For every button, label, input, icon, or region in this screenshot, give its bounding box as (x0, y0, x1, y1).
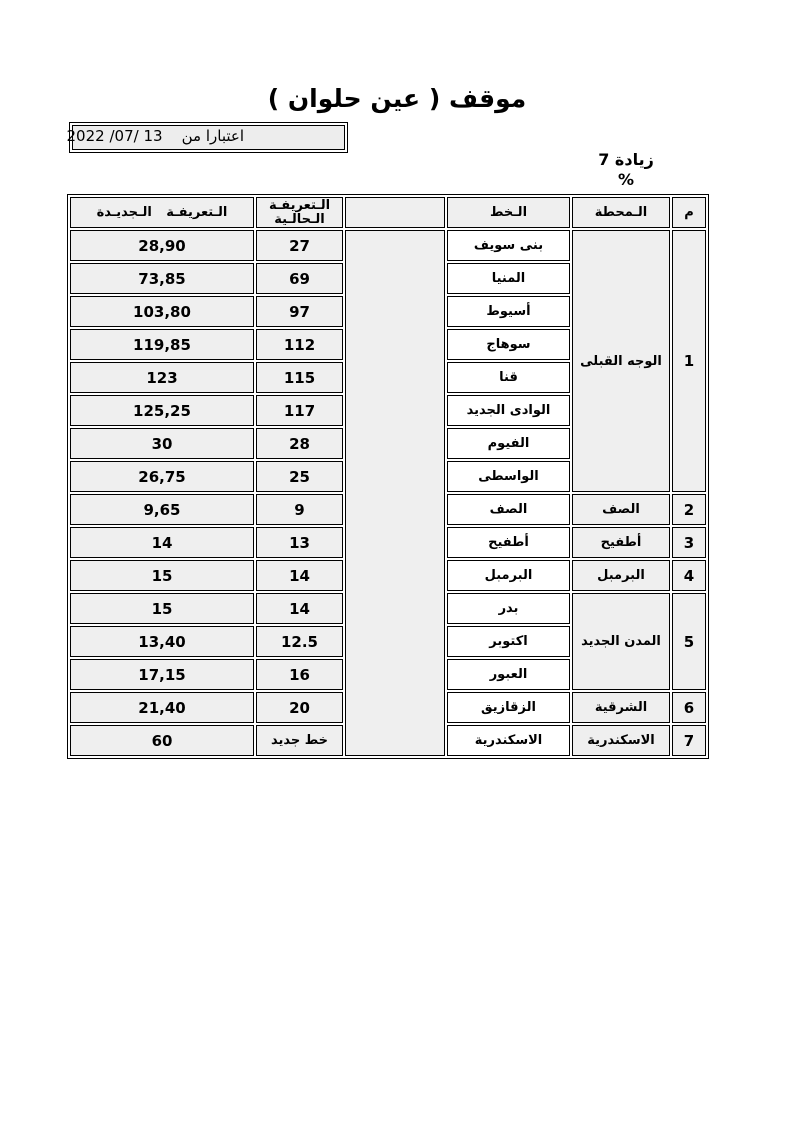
station-cell: الصف (572, 494, 670, 525)
current-tariff-cell: 14 (256, 560, 343, 591)
station-cell: أطفيح (572, 527, 670, 558)
line-cell: الاسكندرية (447, 725, 570, 756)
header-new-tariff: الـتعريفـة الـجديـدة (70, 197, 254, 228)
row-number-cell: 6 (672, 692, 706, 723)
line-cell: الوادى الجديد (447, 395, 570, 426)
document-page: موقف ( عين حلوان ) اعتبارا من 13 /07/ 20… (0, 0, 794, 1123)
new-tariff-cell: 123 (70, 362, 254, 393)
current-tariff-cell: 20 (256, 692, 343, 723)
line-cell: الفيوم (447, 428, 570, 459)
line-cell: اكتوبر (447, 626, 570, 657)
row-number-cell: 1 (672, 230, 706, 492)
line-cell: أطفيح (447, 527, 570, 558)
current-tariff-cell: 12.5 (256, 626, 343, 657)
line-cell: الزقازيق (447, 692, 570, 723)
increase-note-text: زيادة 7 (588, 150, 664, 170)
fare-table: م الـمحطة الـخط الـتعريفـة الـحالـية الـ… (67, 194, 709, 759)
new-tariff-cell: 15 (70, 593, 254, 624)
new-tariff-cell: 21,40 (70, 692, 254, 723)
new-tariff-cell: 30 (70, 428, 254, 459)
line-cell: العبور (447, 659, 570, 690)
new-tariff-cell: 73,85 (70, 263, 254, 294)
table-row: 1 الوجه القبلى بنى سويف 27 28,90 (70, 230, 706, 261)
current-tariff-cell: 28 (256, 428, 343, 459)
page-title: موقف ( عين حلوان ) (0, 84, 794, 113)
new-tariff-cell: 60 (70, 725, 254, 756)
row-number-cell: 2 (672, 494, 706, 525)
line-cell: الصف (447, 494, 570, 525)
line-cell: بنى سويف (447, 230, 570, 261)
station-cell: الوجه القبلى (572, 230, 670, 492)
row-number-cell: 5 (672, 593, 706, 690)
row-number-cell: 4 (672, 560, 706, 591)
current-tariff-cell: 9 (256, 494, 343, 525)
line-cell: سوهاج (447, 329, 570, 360)
new-tariff-cell: 26,75 (70, 461, 254, 492)
header-blank (345, 197, 445, 228)
current-tariff-cell: 69 (256, 263, 343, 294)
station-cell: الشرقية (572, 692, 670, 723)
new-tariff-cell: 119,85 (70, 329, 254, 360)
line-cell: أسيوط (447, 296, 570, 327)
current-tariff-cell: 16 (256, 659, 343, 690)
line-cell: بدر (447, 593, 570, 624)
station-cell: المدن الجديد (572, 593, 670, 690)
new-tariff-cell: 125,25 (70, 395, 254, 426)
current-tariff-cell: 14 (256, 593, 343, 624)
station-cell: البرمبل (572, 560, 670, 591)
increase-note-percent: % (588, 170, 664, 190)
current-tariff-cell: 117 (256, 395, 343, 426)
station-cell: الاسكندرية (572, 725, 670, 756)
current-tariff-cell: 97 (256, 296, 343, 327)
effective-date-box: اعتبارا من 13 /07/ 2022 (69, 122, 348, 153)
header-station: الـمحطة (572, 197, 670, 228)
effective-date-text: اعتبارا من 13 /07/ 2022 (72, 125, 345, 150)
current-tariff-cell: 25 (256, 461, 343, 492)
header-row: م الـمحطة الـخط الـتعريفـة الـحالـية الـ… (70, 197, 706, 228)
header-line: الـخط (447, 197, 570, 228)
current-tariff-cell: خط جديد (256, 725, 343, 756)
header-current-tariff: الـتعريفـة الـحالـية (256, 197, 343, 228)
line-cell: الواسطى (447, 461, 570, 492)
spacer-cell (345, 230, 445, 756)
row-number-cell: 7 (672, 725, 706, 756)
current-tariff-cell: 27 (256, 230, 343, 261)
line-cell: البرمبل (447, 560, 570, 591)
line-cell: المنيا (447, 263, 570, 294)
current-tariff-cell: 13 (256, 527, 343, 558)
new-tariff-cell: 103,80 (70, 296, 254, 327)
new-tariff-cell: 9,65 (70, 494, 254, 525)
new-tariff-cell: 13,40 (70, 626, 254, 657)
current-tariff-cell: 115 (256, 362, 343, 393)
current-tariff-cell: 112 (256, 329, 343, 360)
header-number: م (672, 197, 706, 228)
row-number-cell: 3 (672, 527, 706, 558)
new-tariff-cell: 15 (70, 560, 254, 591)
new-tariff-cell: 28,90 (70, 230, 254, 261)
new-tariff-cell: 17,15 (70, 659, 254, 690)
line-cell: قنا (447, 362, 570, 393)
increase-note: زيادة 7 % (588, 150, 664, 190)
new-tariff-cell: 14 (70, 527, 254, 558)
